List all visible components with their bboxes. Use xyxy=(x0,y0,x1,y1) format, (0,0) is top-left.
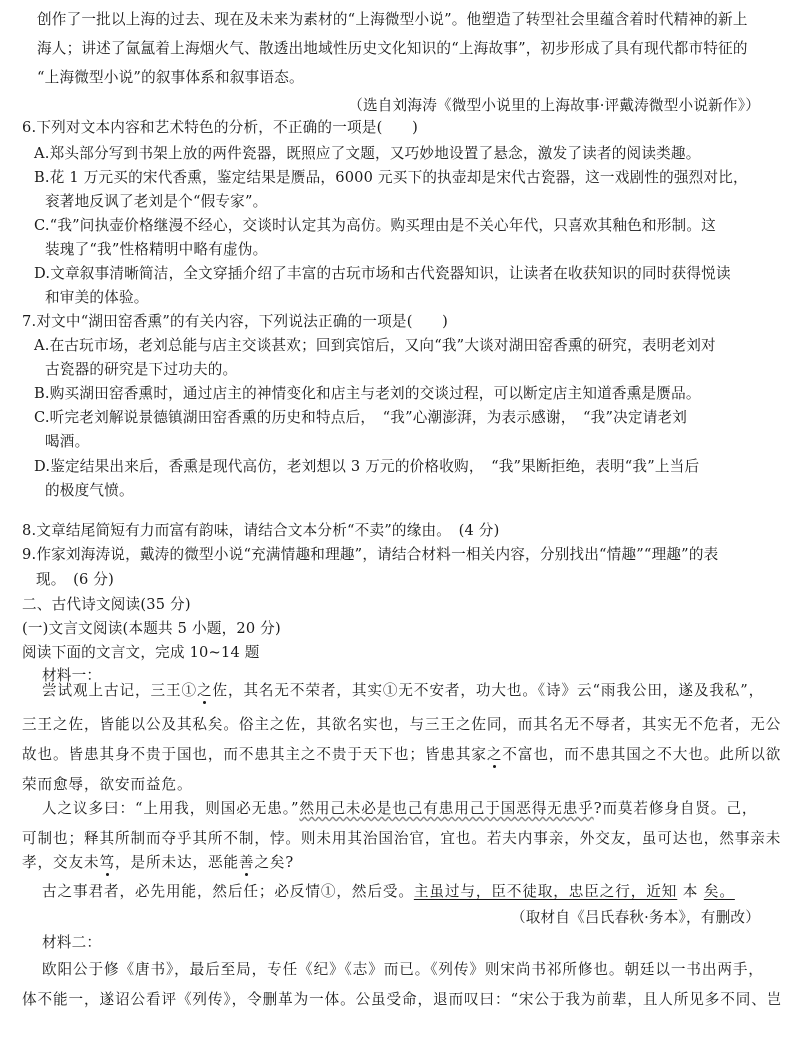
material2-label: 材料二： xyxy=(42,933,101,953)
emphasis-dot-char: 之 xyxy=(487,746,503,763)
q6-option-b: B.花 1 万元买的宋代香熏，鉴定结果是赝品，6000 元买下的执壶却是宋代古瓷… xyxy=(34,168,748,188)
m2-line-2: 体不能一，遂诏公看评《列传》，令删革为一体。公虽受命，退而叹曰：“宋公于我为前辈… xyxy=(22,990,782,1010)
section2-subtitle: (一)文言文阅读(本题共 5 小题，20 分) xyxy=(22,619,281,639)
q9-line-2: 现。 (6 分) xyxy=(36,570,114,590)
q7-option-c: C.听完老刘解说景德镇湖田窑香熏的历史和特点后， “我”心潮澎湃，为表示感谢， … xyxy=(34,408,687,428)
q7-option-a: A.在古玩市场，老刘总能与店主交谈甚欢；回到宾馆后，又向“我”大谈对湖田窑香熏的… xyxy=(34,336,716,356)
section2-instruction: 阅读下面的文言文，完成 10~14 题 xyxy=(22,643,260,663)
m1-line-6: 可制也；释其所制而夺乎其所不制，悖。则未用其治国治官，宜也。若夫内事亲，外交友，… xyxy=(22,829,781,849)
q6-option-d: D.文章叙事清晰简洁，全文穿插介绍了丰富的古玩市场和古代瓷器知识，让读者在收获知… xyxy=(34,264,731,284)
wavy-underlined-sentence: 然用己未必是也己有患用己于国恶得无患乎 xyxy=(299,800,593,817)
m1-p1-text-b: 佐，其名无不荣者，其实①无不安者，功大也。《诗》云“雨我公田，遂及我私”， xyxy=(212,682,764,699)
m1-p8-mid: 本 xyxy=(677,883,704,900)
intro-line-2: 海人；讲述了氤氲着上海烟火气、散透出地域性历史文化知识的“上海故事”，初步形成了… xyxy=(37,39,748,59)
m1-line-2: 三王之佐，皆能以公及其私矣。俗主之佐，其欲名实也，与三王之佐同，而其名无不辱者，… xyxy=(22,715,781,735)
m1-p5-text-a: 人之议多曰：“上用我，则国必无患。” xyxy=(42,800,299,817)
q7-stem: 7.对文中“湖田窑香熏”的有关内容，下列说法正确的一项是( ) xyxy=(22,312,448,332)
intro-line-1: 创作了一批以上海的过去、现在及未来为素材的“上海微型小说”。他塑造了转型社会里蕴… xyxy=(37,10,748,30)
emphasis-dot-char: 之 xyxy=(197,682,213,699)
m2-line-1: 欧阳公于修《唐书》，最后至局，专任《纪》《志》而已。《列传》则宋尚书祁所修也。朝… xyxy=(42,960,764,980)
m1-line-5: 人之议多曰：“上用我，则国必无患。”然用己未必是也己有患用己于国恶得无患乎?而莫… xyxy=(42,799,757,819)
m1-line-7: 孝，交友未笃，是所未达，恶能善之矣? xyxy=(22,853,294,873)
q6-option-a: A.郑头部分写到书架上放的两件瓷器，既照应了文题，又巧妙地设置了悬念，激发了读者… xyxy=(34,144,701,164)
m1-p7-text-b: ，是所未达，恶能 xyxy=(115,854,239,871)
q7-option-a-cont: 古瓷器的研究是下过功夫的。 xyxy=(45,360,237,380)
underlined-sentence-end: 矣。 xyxy=(704,883,735,900)
m1-p3-text-b: 不富也，而不患其国之不大也。此所以欲 xyxy=(502,746,781,763)
m1-line-8: 古之事君者，必先用能，然后任；必反情①，然后受。主虽过与，臣不徒取，忠臣之行，近… xyxy=(42,882,735,902)
m1-p8-text-a: 古之事君者，必先用能，然后任；必反情①，然后受。 xyxy=(42,883,414,900)
m1-line-3: 故也。皆患其身不贵于国也，而不患其主之不贵于天下也；皆患其家之不富也，而不患其国… xyxy=(22,745,781,765)
m1-p7-text-c: 之矣? xyxy=(254,854,294,871)
m1-line-1: 尝试观上古记，三王①之佐，其名无不荣者，其实①无不安者，功大也。《诗》云“雨我公… xyxy=(42,681,764,701)
emphasis-dot-char: 善 xyxy=(239,854,255,871)
intro-line-3: “上海微型小说”的叙事体系和叙事语态。 xyxy=(37,68,304,88)
q6-option-b-cont: 衮著地反讽了老刘是个“假专家”。 xyxy=(45,192,267,212)
q7-option-c-cont: 喝酒。 xyxy=(45,432,89,452)
q7-option-b: B.购买湖田窑香熏时，通过店主的神情变化和店主与老刘的交谈过程，可以断定店主知道… xyxy=(34,384,701,404)
intro-source: （选自刘海涛《微型小说里的上海故事·评戴涛微型小说新作》） xyxy=(348,96,760,116)
q7-option-d-cont: 的极度气愤。 xyxy=(45,481,134,501)
q7-option-d: D.鉴定结果出来后，香熏是现代高仿，老刘想以 3 万元的价格收购， “我”果断拒… xyxy=(34,457,699,477)
m1-p5-text-b: ?而莫若修身自贤。己， xyxy=(594,800,758,817)
q6-option-d-cont: 和审美的体验。 xyxy=(45,288,149,308)
section2-title: 二、古代诗文阅读(35 分) xyxy=(22,595,191,615)
m1-p1-text-a: 尝试观上古记，三王① xyxy=(42,682,197,699)
q9-line-1: 9.作家刘海涛说，戴涛的微型小说“充满情趣和理趣”，请结合材料一相关内容，分别找… xyxy=(22,545,718,565)
q6-stem: 6.下列对文本内容和艺术特色的分析，不正确的一项是( ) xyxy=(22,118,418,138)
emphasis-dot-char: 笃 xyxy=(99,854,115,871)
m1-line-4: 荣而愈辱，欲安而益危。 xyxy=(22,775,192,795)
q6-option-c-cont: 装瑰了“我”性格精明中略有虚伪。 xyxy=(45,240,267,260)
m1-p7-text-a: 孝，交友未 xyxy=(22,854,99,871)
q8-text: 8.文章结尾简短有力而富有韵味，请结合文本分析“不卖”的缘由。 (4 分) xyxy=(22,521,499,541)
q6-option-c: C.“我”问执壶价格继漫不经心，交谈时认定其为高仿。购买理由是不关心年代，只喜欢… xyxy=(34,216,716,236)
underlined-sentence: 主虽过与，臣不徒取，忠臣之行，近知 xyxy=(414,883,677,900)
m1-p3-text-a: 故也。皆患其身不贵于国也，而不患其主之不贵于天下也；皆患其家 xyxy=(22,746,487,763)
m1-source: （取材自《吕氏春秋·务本》，有删改） xyxy=(511,908,760,928)
